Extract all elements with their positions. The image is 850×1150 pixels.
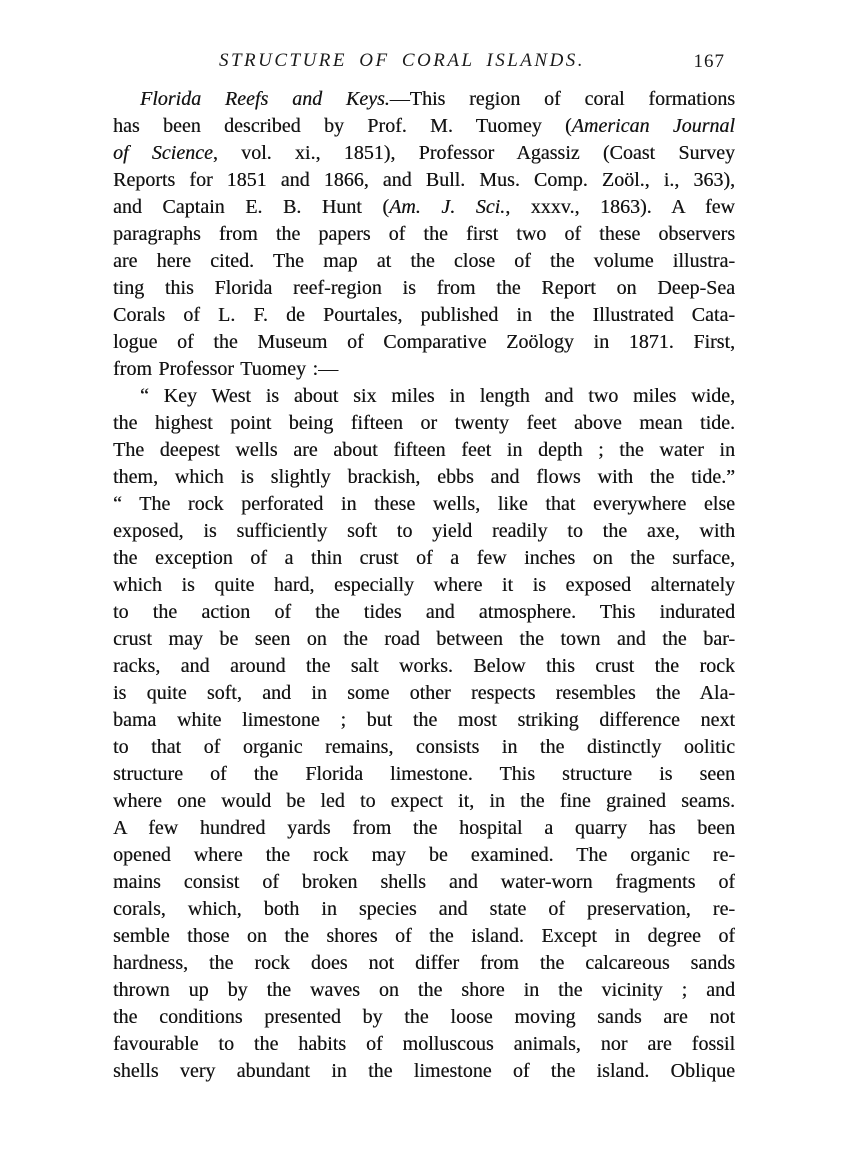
text-segment: shells very abundant in the limestone of… <box>113 1060 735 1082</box>
text-segment: exposed, is sufficiently soft to yield r… <box>113 520 735 542</box>
text-line: is quite soft, and in some other respect… <box>113 680 735 707</box>
text-line: from Professor Tuomey :— <box>113 356 735 383</box>
text-segment: The deepest wells are about fifteen feet… <box>113 439 735 461</box>
text-line: A few hundred yards from the hospital a … <box>113 815 735 842</box>
text-line: “ Key West is about six miles in length … <box>113 383 735 410</box>
text-segment: , xxxv., 1863). A few <box>505 196 735 218</box>
text-line: which is quite hard, especially where it… <box>113 572 735 599</box>
text-segment: to that of organic remains, consists in … <box>113 736 735 758</box>
text-line: opened where the rock may be examined. T… <box>113 842 735 869</box>
text-segment: which is quite hard, especially where it… <box>113 574 735 596</box>
text-segment: and Captain E. B. Hunt ( <box>113 196 389 218</box>
text-segment: thrown up by the waves on the shore in t… <box>113 979 735 1001</box>
text-line: crust may be seen on the road between th… <box>113 626 735 653</box>
text-segment: “ Key West is about six miles in length … <box>140 385 735 407</box>
text-line: racks, and around the salt works. Below … <box>113 653 735 680</box>
text-line: the highest point being fifteen or twent… <box>113 410 735 437</box>
text-line: the conditions presented by the loose mo… <box>113 1004 735 1031</box>
text-segment: the exception of a thin crust of a few i… <box>113 547 735 569</box>
text-segment: —This region of coral formations <box>390 88 735 110</box>
text-line: ting this Florida reef-region is from th… <box>113 275 735 302</box>
italic-text-segment: Florida Reefs and Keys. <box>140 88 390 110</box>
text-line: favourable to the habits of molluscous a… <box>113 1031 735 1058</box>
text-segment: from Professor Tuomey :— <box>113 358 338 380</box>
italic-text-segment: American Journal <box>572 115 735 137</box>
text-segment: semble those on the shores of the island… <box>113 925 735 947</box>
text-segment: to the action of the tides and atmospher… <box>113 601 735 623</box>
text-segment: opened where the rock may be examined. T… <box>113 844 735 866</box>
text-segment: the highest point being fifteen or twent… <box>113 412 735 434</box>
text-line: corals, which, both in species and state… <box>113 896 735 923</box>
text-segment: Reports for 1851 and 1866, and Bull. Mus… <box>113 169 735 191</box>
text-segment: ting this Florida reef-region is from th… <box>113 277 735 299</box>
text-segment: favourable to the habits of molluscous a… <box>113 1033 735 1055</box>
text-line: mains consist of broken shells and water… <box>113 869 735 896</box>
text-line: paragraphs from the papers of the first … <box>113 221 735 248</box>
text-line: Florida Reefs and Keys.—This region of c… <box>113 86 735 113</box>
text-segment: A few hundred yards from the hospital a … <box>113 817 735 839</box>
text-line: has been described by Prof. M. Tuomey (A… <box>113 113 735 140</box>
text-segment: mains consist of broken shells and water… <box>113 871 735 893</box>
text-line: semble those on the shores of the island… <box>113 923 735 950</box>
page-number: 167 <box>694 51 726 73</box>
text-line: logue of the Museum of Comparative Zoölo… <box>113 329 735 356</box>
text-segment: are here cited. The map at the close of … <box>113 250 735 272</box>
text-line: where one would be led to expect it, in … <box>113 788 735 815</box>
text-segment: racks, and around the salt works. Below … <box>113 655 735 677</box>
text-line: Reports for 1851 and 1866, and Bull. Mus… <box>113 167 735 194</box>
text-segment: bama white limestone ; but the most stri… <box>113 709 735 731</box>
text-line: Corals of L. F. de Pourtales, published … <box>113 302 735 329</box>
text-segment: paragraphs from the papers of the first … <box>113 223 735 245</box>
text-line: and Captain E. B. Hunt (Am. J. Sci., xxx… <box>113 194 735 221</box>
book-page: STRUCTURE OF CORAL ISLANDS. 167 Florida … <box>0 0 850 1150</box>
text-line: them, which is slightly brackish, ebbs a… <box>113 464 735 491</box>
text-segment: corals, which, both in species and state… <box>113 898 735 920</box>
text-line: structure of the Florida limestone. This… <box>113 761 735 788</box>
text-segment: the conditions presented by the loose mo… <box>113 1006 735 1028</box>
running-header: STRUCTURE OF CORAL ISLANDS. 167 <box>113 50 735 78</box>
text-segment: them, which is slightly brackish, ebbs a… <box>113 466 735 488</box>
text-line: bama white limestone ; but the most stri… <box>113 707 735 734</box>
italic-text-segment: Am. J. Sci. <box>389 196 505 218</box>
text-line: to the action of the tides and atmospher… <box>113 599 735 626</box>
text-line: are here cited. The map at the close of … <box>113 248 735 275</box>
text-line: thrown up by the waves on the shore in t… <box>113 977 735 1004</box>
running-title: STRUCTURE OF CORAL ISLANDS. <box>91 50 713 72</box>
text-segment: logue of the Museum of Comparative Zoölo… <box>113 331 735 353</box>
text-line: shells very abundant in the limestone of… <box>113 1058 735 1085</box>
text-segment: “ The rock perforated in these wells, li… <box>113 493 735 515</box>
text-line: exposed, is sufficiently soft to yield r… <box>113 518 735 545</box>
text-line: hardness, the rock does not differ from … <box>113 950 735 977</box>
text-segment: is quite soft, and in some other respect… <box>113 682 735 704</box>
text-line: The deepest wells are about fifteen feet… <box>113 437 735 464</box>
italic-text-segment: of Science <box>113 142 213 164</box>
text-segment: crust may be seen on the road between th… <box>113 628 735 650</box>
text-segment: has been described by Prof. M. Tuomey ( <box>113 115 572 137</box>
page-body: Florida Reefs and Keys.—This region of c… <box>113 86 735 1085</box>
text-segment: structure of the Florida limestone. This… <box>113 763 735 785</box>
text-line: “ The rock perforated in these wells, li… <box>113 491 735 518</box>
text-line: of Science, vol. xi., 1851), Professor A… <box>113 140 735 167</box>
text-line: the exception of a thin crust of a few i… <box>113 545 735 572</box>
text-line: to that of organic remains, consists in … <box>113 734 735 761</box>
text-segment: Corals of L. F. de Pourtales, published … <box>113 304 735 326</box>
text-segment: , vol. xi., 1851), Professor Agassiz (Co… <box>213 142 735 164</box>
text-segment: where one would be led to expect it, in … <box>113 790 735 812</box>
text-segment: hardness, the rock does not differ from … <box>113 952 735 974</box>
